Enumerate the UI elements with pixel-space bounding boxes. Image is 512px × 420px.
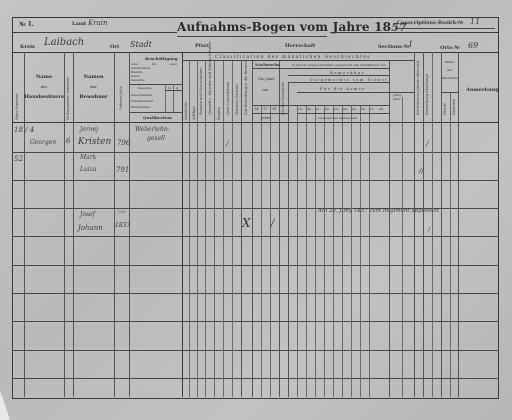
col-line	[458, 52, 459, 397]
col-line	[223, 60, 224, 397]
row1-beschaeftigung: Weberlehn-	[135, 126, 170, 133]
subheader-line	[288, 105, 390, 106]
col-line	[232, 60, 233, 397]
bewohner-header: Namen der Bewohner	[73, 72, 114, 102]
age-col: 25.	[352, 107, 357, 111]
ort-value: Stadt	[130, 40, 152, 49]
gewerbe-title: Gewerbe	[138, 86, 152, 90]
age-label: 18	[272, 107, 276, 111]
row2-mark: //	[419, 167, 424, 175]
row3-mark: /	[428, 227, 430, 234]
header-line: Name	[24, 72, 64, 82]
col-line	[252, 60, 253, 397]
geburtsjahr-header: Geburts-Jahr	[119, 85, 123, 110]
vieh-col: Pferde	[443, 100, 447, 115]
row1-nachname: Kristen	[78, 137, 111, 147]
col-line	[306, 105, 307, 397]
armee-header: Für die Armee	[320, 87, 366, 91]
age-col: 26.	[361, 107, 366, 111]
row-line	[12, 293, 499, 294]
subheader-line	[297, 113, 390, 114]
col-line	[214, 60, 215, 397]
right-col-header: Bei früheren Jahren übersetzt	[416, 60, 420, 115]
row-line	[12, 321, 499, 322]
col-line	[369, 105, 370, 397]
hausnummer-header: Haus-Nummer	[15, 80, 19, 120]
ort-label: Ort	[110, 44, 119, 50]
census-sheet: № 1. Land Krain Aufnahms-Bogen vom Jahre…	[0, 0, 512, 420]
untauglich-label: Untauglicher Mannschaft	[318, 116, 357, 120]
col-line	[279, 60, 280, 397]
age-col: 27.	[370, 107, 375, 111]
header-line: der	[73, 82, 114, 92]
age-col: 28.	[379, 107, 384, 111]
row-line	[12, 265, 499, 266]
row-line	[12, 236, 499, 237]
classification-title-line	[182, 60, 414, 61]
subheader-line	[441, 92, 459, 93]
header-line: der	[441, 66, 458, 74]
row1-mark: /	[226, 140, 228, 148]
title-underline	[177, 36, 327, 37]
gewerbe-row: Fabrikarbeiter	[131, 99, 153, 103]
beschaeftigung-col-label: Inl.	[152, 62, 157, 66]
kreis-label: Kreis	[20, 44, 35, 50]
nachwuchs-header: Nachwuchs	[255, 62, 279, 67]
age-label: 17	[263, 107, 267, 111]
row2-nachname: Luiza	[80, 166, 97, 173]
age-col: 21.	[316, 107, 321, 111]
row3-mark-x: X	[242, 216, 251, 230]
bemerkbar-header: Bemerkbar	[330, 70, 365, 75]
age-col: 24.	[343, 107, 348, 111]
jahre-label: Jahre	[261, 116, 271, 120]
row1-besitzer: Georgen	[30, 139, 56, 146]
nachwuchs-sub: Die Jahre	[258, 77, 275, 81]
gewerbe-col: w	[176, 86, 179, 90]
herrschaft-label: Herrschaft	[285, 43, 315, 49]
row1-geburt: 796	[117, 139, 130, 147]
subheader-line	[288, 75, 390, 76]
class-col-header: Bauern	[217, 95, 221, 120]
beschaeftigung-col	[165, 84, 166, 112]
col-line	[351, 105, 352, 397]
armee-jahre: Alter	[393, 97, 401, 101]
conscription-label: Conscriptions-Bezirk-№	[397, 20, 463, 26]
header-line: Bewohner	[73, 92, 114, 102]
col-line	[342, 105, 343, 397]
col-line	[270, 105, 271, 397]
section-value: 1	[408, 40, 413, 49]
row3-vorname: Josef	[80, 211, 95, 218]
table-header-bottom	[12, 122, 499, 123]
qualification-label: Qualification	[143, 115, 172, 120]
right-col-header: Bemerkung überhaupt	[425, 60, 429, 115]
classification-title: Classification des männlichen Geschlecht…	[215, 54, 371, 59]
subheader-line	[252, 68, 390, 69]
wohnpartei-header: Wohnparteien-Nummer	[66, 70, 70, 120]
age-col: 19.	[298, 107, 303, 111]
col-line	[261, 105, 262, 397]
gewerbe-col: m	[168, 86, 171, 90]
beschaeftigung-col	[165, 90, 183, 91]
beschaeftigung-divider	[129, 112, 183, 113]
beschaeftigung-col-label: Ausl.	[170, 62, 178, 66]
table-top-border	[12, 52, 499, 53]
torn-corner	[0, 390, 10, 420]
col-line	[414, 52, 415, 397]
col-line	[24, 52, 25, 397]
ortsnr-label: Orts-№	[440, 45, 460, 51]
kreis-value: Laibach	[44, 37, 84, 48]
class-col-header: Gewerbs-, Künstler und Fabriks-Inhaber	[208, 65, 212, 115]
header-line: Hausthiere	[441, 74, 458, 82]
col-line	[324, 105, 325, 397]
class-col-header: Beamte und Honoratioren	[199, 65, 203, 115]
header-line: Hausbesitzers	[24, 92, 64, 102]
row3-nachname: Johann	[78, 224, 103, 232]
col-line	[389, 60, 390, 397]
land-label: Land	[72, 21, 86, 27]
col-line	[441, 52, 442, 397]
beschaeftigung-row: Gewerbe	[131, 78, 145, 82]
col-line	[197, 60, 198, 397]
col-line	[189, 60, 190, 397]
row1-beschaeftigung-2: gesell	[147, 135, 165, 142]
age-col: 23.	[334, 107, 339, 111]
col-line	[182, 52, 183, 397]
age-col: 20.	[307, 107, 312, 111]
col-line	[423, 52, 424, 397]
header-line: Namen	[73, 72, 114, 82]
ortsnr-value: 69	[468, 41, 478, 50]
age-col: 22.	[325, 107, 330, 111]
beschaeftigung-divider	[129, 84, 183, 85]
col-line	[205, 60, 206, 397]
col-line	[64, 52, 65, 397]
beschaeftigung-title: Beschäftigung	[145, 56, 178, 61]
row1-mark: /	[426, 140, 428, 148]
land-value: Krain	[88, 19, 108, 27]
row2-geburt: 791	[116, 166, 129, 174]
conscription-value: 11	[470, 17, 480, 26]
col-line	[360, 105, 361, 397]
row2-vorname: Mark	[80, 154, 96, 161]
class-col-header: Zur Einreihung in die Reserve	[244, 70, 248, 115]
section-label: Sections-№	[378, 44, 409, 50]
col-line	[297, 105, 298, 397]
col-line	[73, 52, 74, 397]
nachwuchs-sub: von	[262, 88, 268, 92]
header-line: des	[24, 82, 64, 92]
row1-vorname: Jernej	[80, 126, 98, 133]
anmerkung-header: Anmerkung	[466, 87, 499, 93]
vieh-header: Stand der Hausthiere	[441, 58, 458, 82]
col-line	[333, 105, 334, 397]
row3-mark-slash: /	[271, 218, 274, 229]
col-line	[315, 105, 316, 397]
row-line	[12, 152, 499, 153]
class-col-header: Geistliche	[184, 95, 188, 120]
beschaeftigung-col	[173, 84, 174, 112]
class-col-header: Häusler, Gärtner	[235, 80, 239, 115]
vieh-col: Rindvieh	[452, 100, 456, 115]
col-line	[432, 52, 433, 397]
row3-anmerkung: Am 26. Juny 1857 zum Regiment abgestellt	[318, 208, 439, 214]
row-line	[12, 350, 499, 351]
row2-hausnr: 52	[14, 155, 23, 163]
form-number: № 1.	[19, 21, 34, 28]
conscription-underline	[395, 28, 495, 29]
header-divider-left	[12, 32, 177, 33]
gemeinde-header: Bei der Gemeinde	[281, 90, 285, 115]
header-divider-right	[330, 32, 498, 33]
gewerbe-row: Gewerbsleute	[131, 93, 152, 97]
row3-geburt-note: 7/10	[117, 209, 126, 214]
class-col-header: Gew.-Unterthanen	[226, 80, 230, 115]
row1-partei: 6	[66, 137, 70, 145]
col-line	[402, 97, 403, 397]
heerpflicht-header: In dem im vorigen Abschnitte gefolgte mi…	[292, 63, 386, 67]
header-line: Stand	[441, 58, 458, 66]
subheader-line	[288, 82, 390, 83]
gewerbe-row: Dienstboten	[131, 105, 149, 109]
col-line	[450, 92, 451, 397]
age-label: 14	[254, 107, 258, 111]
row-line	[12, 180, 499, 181]
row1-hausnr: 18 / 4	[14, 126, 34, 134]
vorgemerkt-header: Vorgemerkte zum Dienst	[310, 78, 388, 82]
row-line	[12, 378, 499, 379]
besitzer-header: Name des Hausbesitzers	[24, 72, 64, 102]
row3-geburt: 1837	[115, 222, 130, 229]
class-col-header: Adelige	[192, 95, 196, 120]
col-line	[288, 82, 289, 397]
